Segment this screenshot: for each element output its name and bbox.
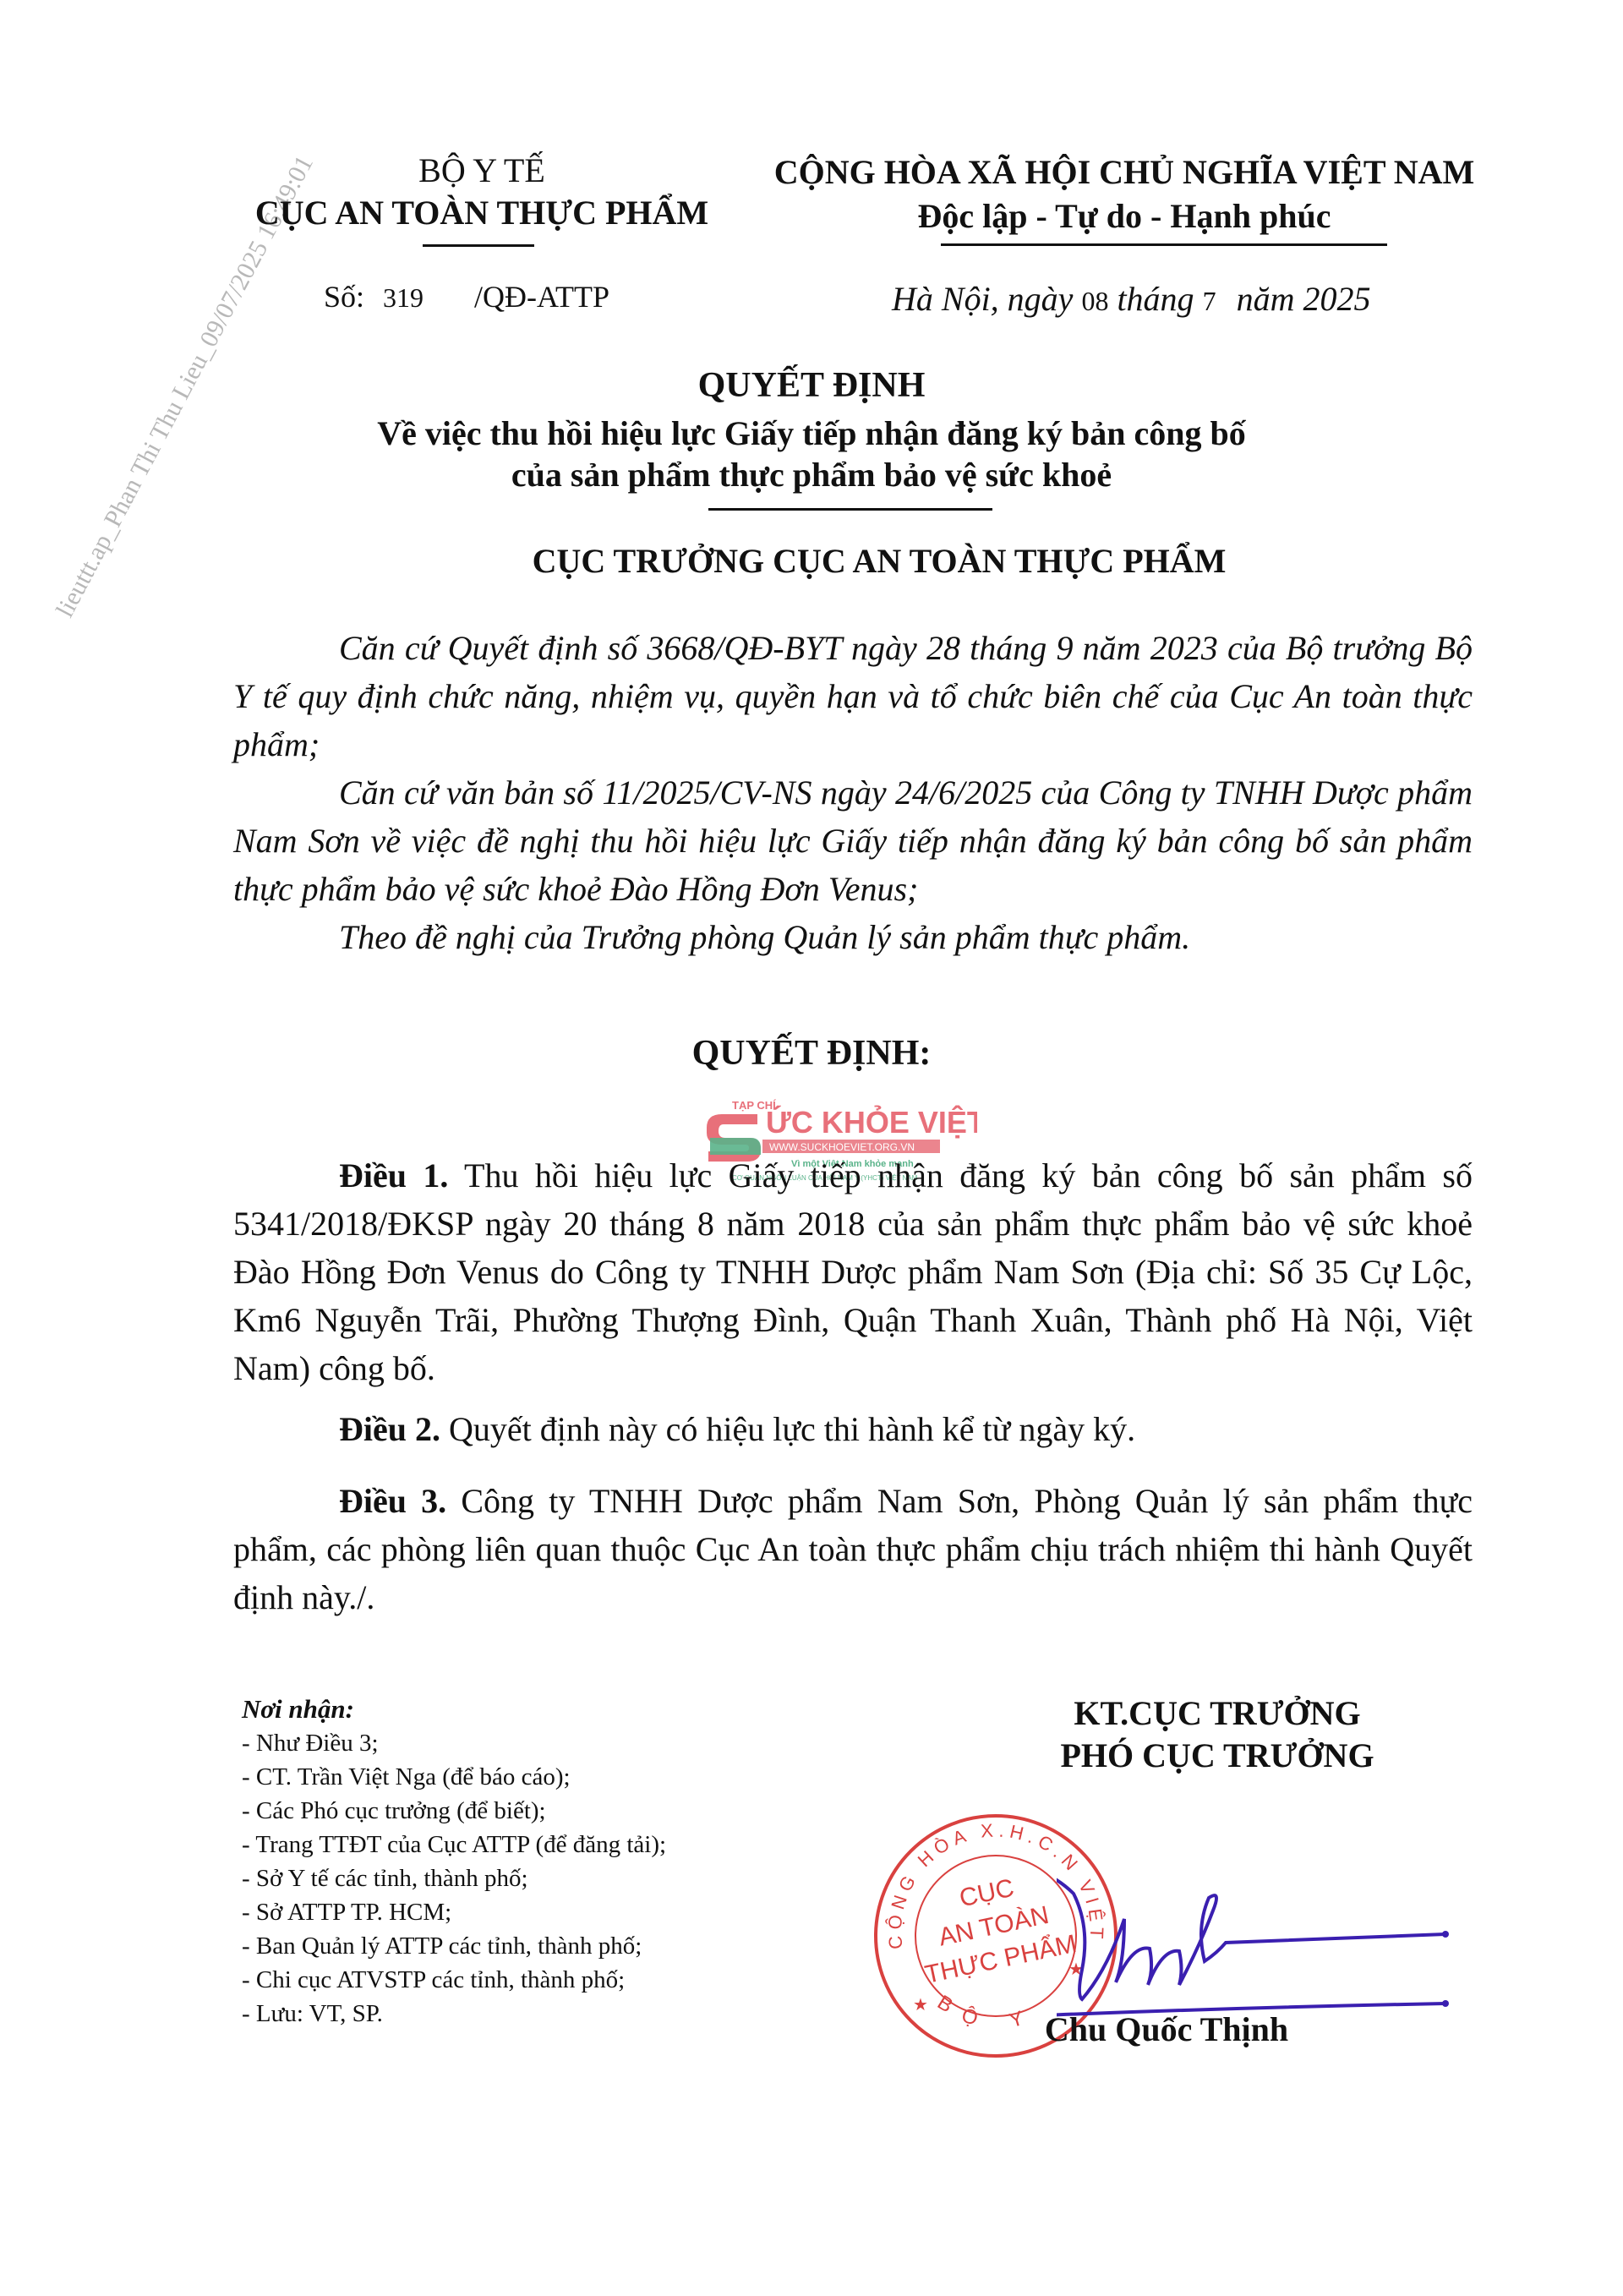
preamble-1: Căn cứ Quyết định số 3668/QĐ-BYT ngày 28… <box>233 624 1473 768</box>
recipient-item: - Ban Quản lý ATTP các tỉnh, thành phố; <box>242 1929 666 1963</box>
issue-date: Hà Nội, ngày 08 tháng 7 năm 2025 <box>892 279 1370 319</box>
recipient-item: - Sở ATTP TP. HCM; <box>242 1895 666 1929</box>
recipient-item: - Trang TTĐT của Cục ATTP (để đăng tải); <box>242 1828 666 1861</box>
article-2: Điều 2. Quyết định này có hiệu lực thi h… <box>233 1405 1473 1453</box>
doc-no-value: 319 <box>383 282 424 313</box>
date-day: 08 <box>1081 286 1108 316</box>
agency-name: CỤC AN TOÀN THỰC PHẨM <box>211 193 752 232</box>
article-2-text: Quyết định này có hiệu lực thi hành kể t… <box>440 1410 1135 1448</box>
recipient-item: - Như Điều 3; <box>242 1726 666 1760</box>
title-divider <box>708 508 992 511</box>
article-3-label: Điều 3. <box>339 1482 446 1520</box>
doc-no-label: Số: <box>324 280 364 314</box>
motto-underline <box>941 243 1387 246</box>
logo-name: ỨC KHỎE VIỆT <box>766 1104 977 1140</box>
doc-no-suffix: /QĐ-ATTP <box>474 280 609 314</box>
article-2-label: Điều 2. <box>339 1410 440 1448</box>
signatory-name: Chu Quốc Thịnh <box>913 2009 1420 2051</box>
signatory-title-2: PHÓ CỤC TRƯỞNG <box>964 1735 1471 1777</box>
signatory-title-1: KT.CỤC TRƯỞNG <box>964 1692 1471 1735</box>
agency-underline <box>423 244 534 247</box>
decision-subject-line1: Về việc thu hồi hiệu lực Giấy tiếp nhận … <box>0 413 1623 453</box>
document-number: Số:319/QĐ-ATTP <box>324 279 609 314</box>
handwritten-signature <box>1057 1843 1462 2033</box>
decision-section-heading: QUYẾT ĐỊNH: <box>0 1033 1623 1074</box>
article-3: Điều 3. Công ty TNHH Dược phẩm Nam Sơn, … <box>233 1477 1473 1621</box>
decision-subject-line2: của sản phẩm thực phẩm bảo vệ sức khoẻ <box>0 455 1623 495</box>
date-month-label: tháng <box>1117 280 1194 318</box>
decision-heading: QUYẾT ĐỊNH <box>0 365 1623 406</box>
recipients-title: Nơi nhận: <box>242 1692 666 1726</box>
recipient-item: - Sở Y tế các tỉnh, thành phố; <box>242 1861 666 1895</box>
article-1-label: Điều 1. <box>339 1156 448 1194</box>
preamble-2: Căn cứ văn bản số 11/2025/CV-NS ngày 24/… <box>233 768 1473 913</box>
date-year: năm 2025 <box>1237 280 1371 318</box>
recipient-item: - Lưu: VT, SP. <box>242 1997 666 2031</box>
preamble-3: Theo đề nghị của Trưởng phòng Quản lý sả… <box>233 913 1473 961</box>
recipients-list: Nơi nhận: - Như Điều 3;- CT. Trần Việt N… <box>242 1692 666 2031</box>
article-1: Điều 1. Thu hồi hiệu lực Giấy tiếp nhận … <box>233 1151 1473 1392</box>
recipient-item: - Chi cục ATVSTP các tỉnh, thành phố; <box>242 1963 666 1997</box>
date-place: Hà Nội, ngày <box>892 280 1073 318</box>
issuing-authority: CỤC TRƯỞNG CỤC AN TOÀN THỰC PHẨM <box>68 541 1623 581</box>
date-month: 7 <box>1203 286 1216 316</box>
recipient-item: - CT. Trần Việt Nga (để báo cáo); <box>242 1760 666 1794</box>
country-name: CỘNG HÒA XÃ HỘI CHỦ NGHĨA VIỆT NAM <box>744 152 1505 192</box>
recipient-item: - Các Phó cục trưởng (để biết); <box>242 1794 666 1828</box>
national-motto: Độc lập - Tự do - Hạnh phúc <box>744 196 1505 236</box>
ministry-name: BỘ Y TẾ <box>211 150 752 190</box>
seal-center-line1: CỤC <box>957 1874 1016 1913</box>
